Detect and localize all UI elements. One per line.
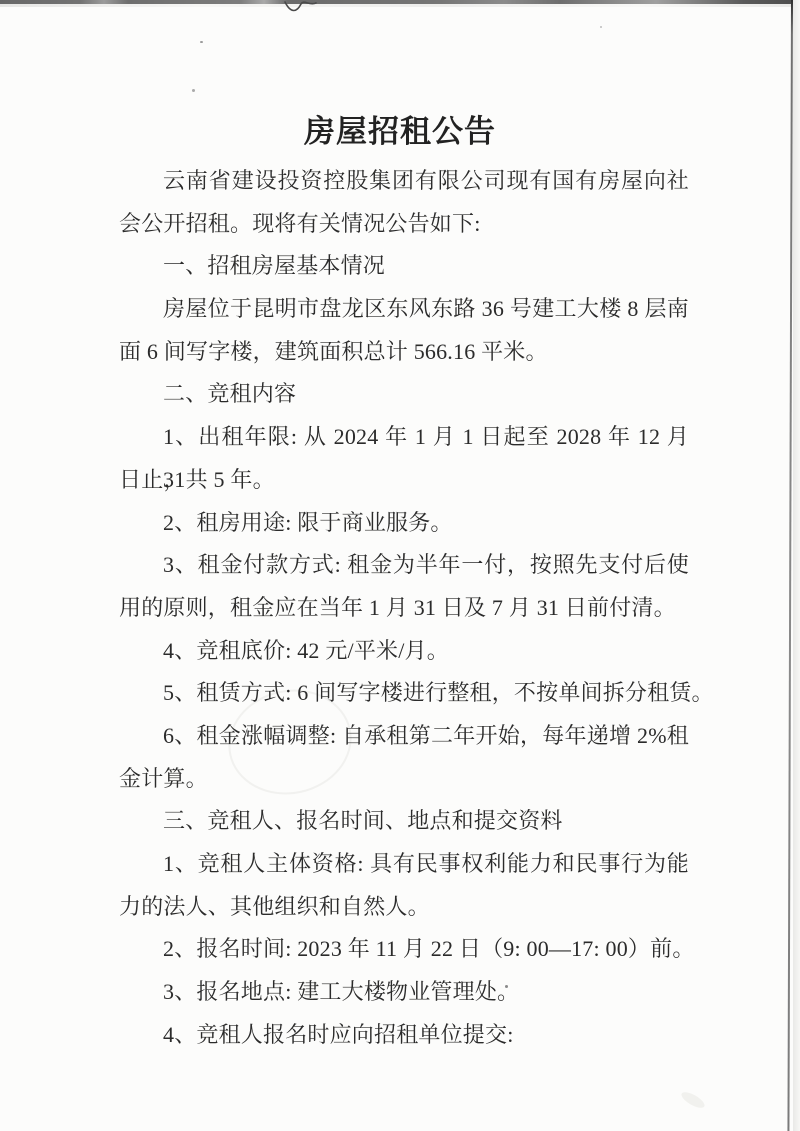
text-line: 5、租赁方式: 6 间写字楼进行整租，不按单间拆分租赁。 [119,672,689,715]
text-line: 会公开招租。现将有关情况公告如下: [119,203,689,246]
text-line: 1、出租年限: 从 2024 年 1 月 1 日起至 2028 年 12 月 3… [119,416,689,459]
text-line: 一、招租房屋基本情况 [119,245,689,288]
text-line: 云南省建设投资控股集团有限公司现有国有房屋向社 [119,160,689,203]
text-line: 4、竞租底价: 42 元/平米/月。 [119,630,689,673]
text-line: 房屋位于昆明市盘龙区东风东路 36 号建工大楼 8 层南 [119,288,689,331]
scan-speck [192,89,195,92]
text-line: 1、竞租人主体资格: 具有民事权利能力和民事行为能 [119,843,689,886]
text-line: 6、租金涨幅调整: 自承租第二年开始，每年递增 2%租 [119,715,689,758]
text-line: 3、报名地点: 建工大楼物业管理处。 [119,971,689,1014]
text-line: 力的法人、其他组织和自然人。 [119,886,689,929]
text-line: 面 6 间写字楼，建筑面积总计 566.16 平米。 [119,331,689,374]
scanned-document-page: 房屋招租公告 云南省建设投资控股集团有限公司现有国有房屋向社会公开招租。现将有关… [0,0,800,1131]
scan-smudge-mark [679,1089,707,1111]
text-line: 用的原则，租金应在当年 1 月 31 日及 7 月 31 日前付清。 [119,587,689,630]
text-line: 金计算。 [119,758,689,801]
text-line: 3、租金付款方式: 租金为半年一付，按照先支付后使 [119,544,689,587]
document-title: 房屋招租公告 [0,106,800,151]
scan-top-edge-shadow [0,4,800,7]
text-line: 4、竞租人报名时应向招租单位提交: [119,1014,689,1057]
scan-squiggle-mark [283,0,325,16]
text-line: 二、竞租内容 [119,373,689,416]
text-line: 2、租房用途: 限于商业服务。 [119,502,689,545]
text-line: 三、竞租人、报名时间、地点和提交资料 [119,800,689,843]
scan-speck [200,41,203,43]
scan-right-edge-shadow [793,0,800,1131]
document-body: 云南省建设投资控股集团有限公司现有国有房屋向社会公开招租。现将有关情况公告如下:… [119,160,689,1056]
text-line: 2、报名时间: 2023 年 11 月 22 日（9: 00—17: 00）前。 [119,928,689,971]
scan-speck [600,26,602,28]
text-line: 日止，共 5 年。 [119,459,689,502]
